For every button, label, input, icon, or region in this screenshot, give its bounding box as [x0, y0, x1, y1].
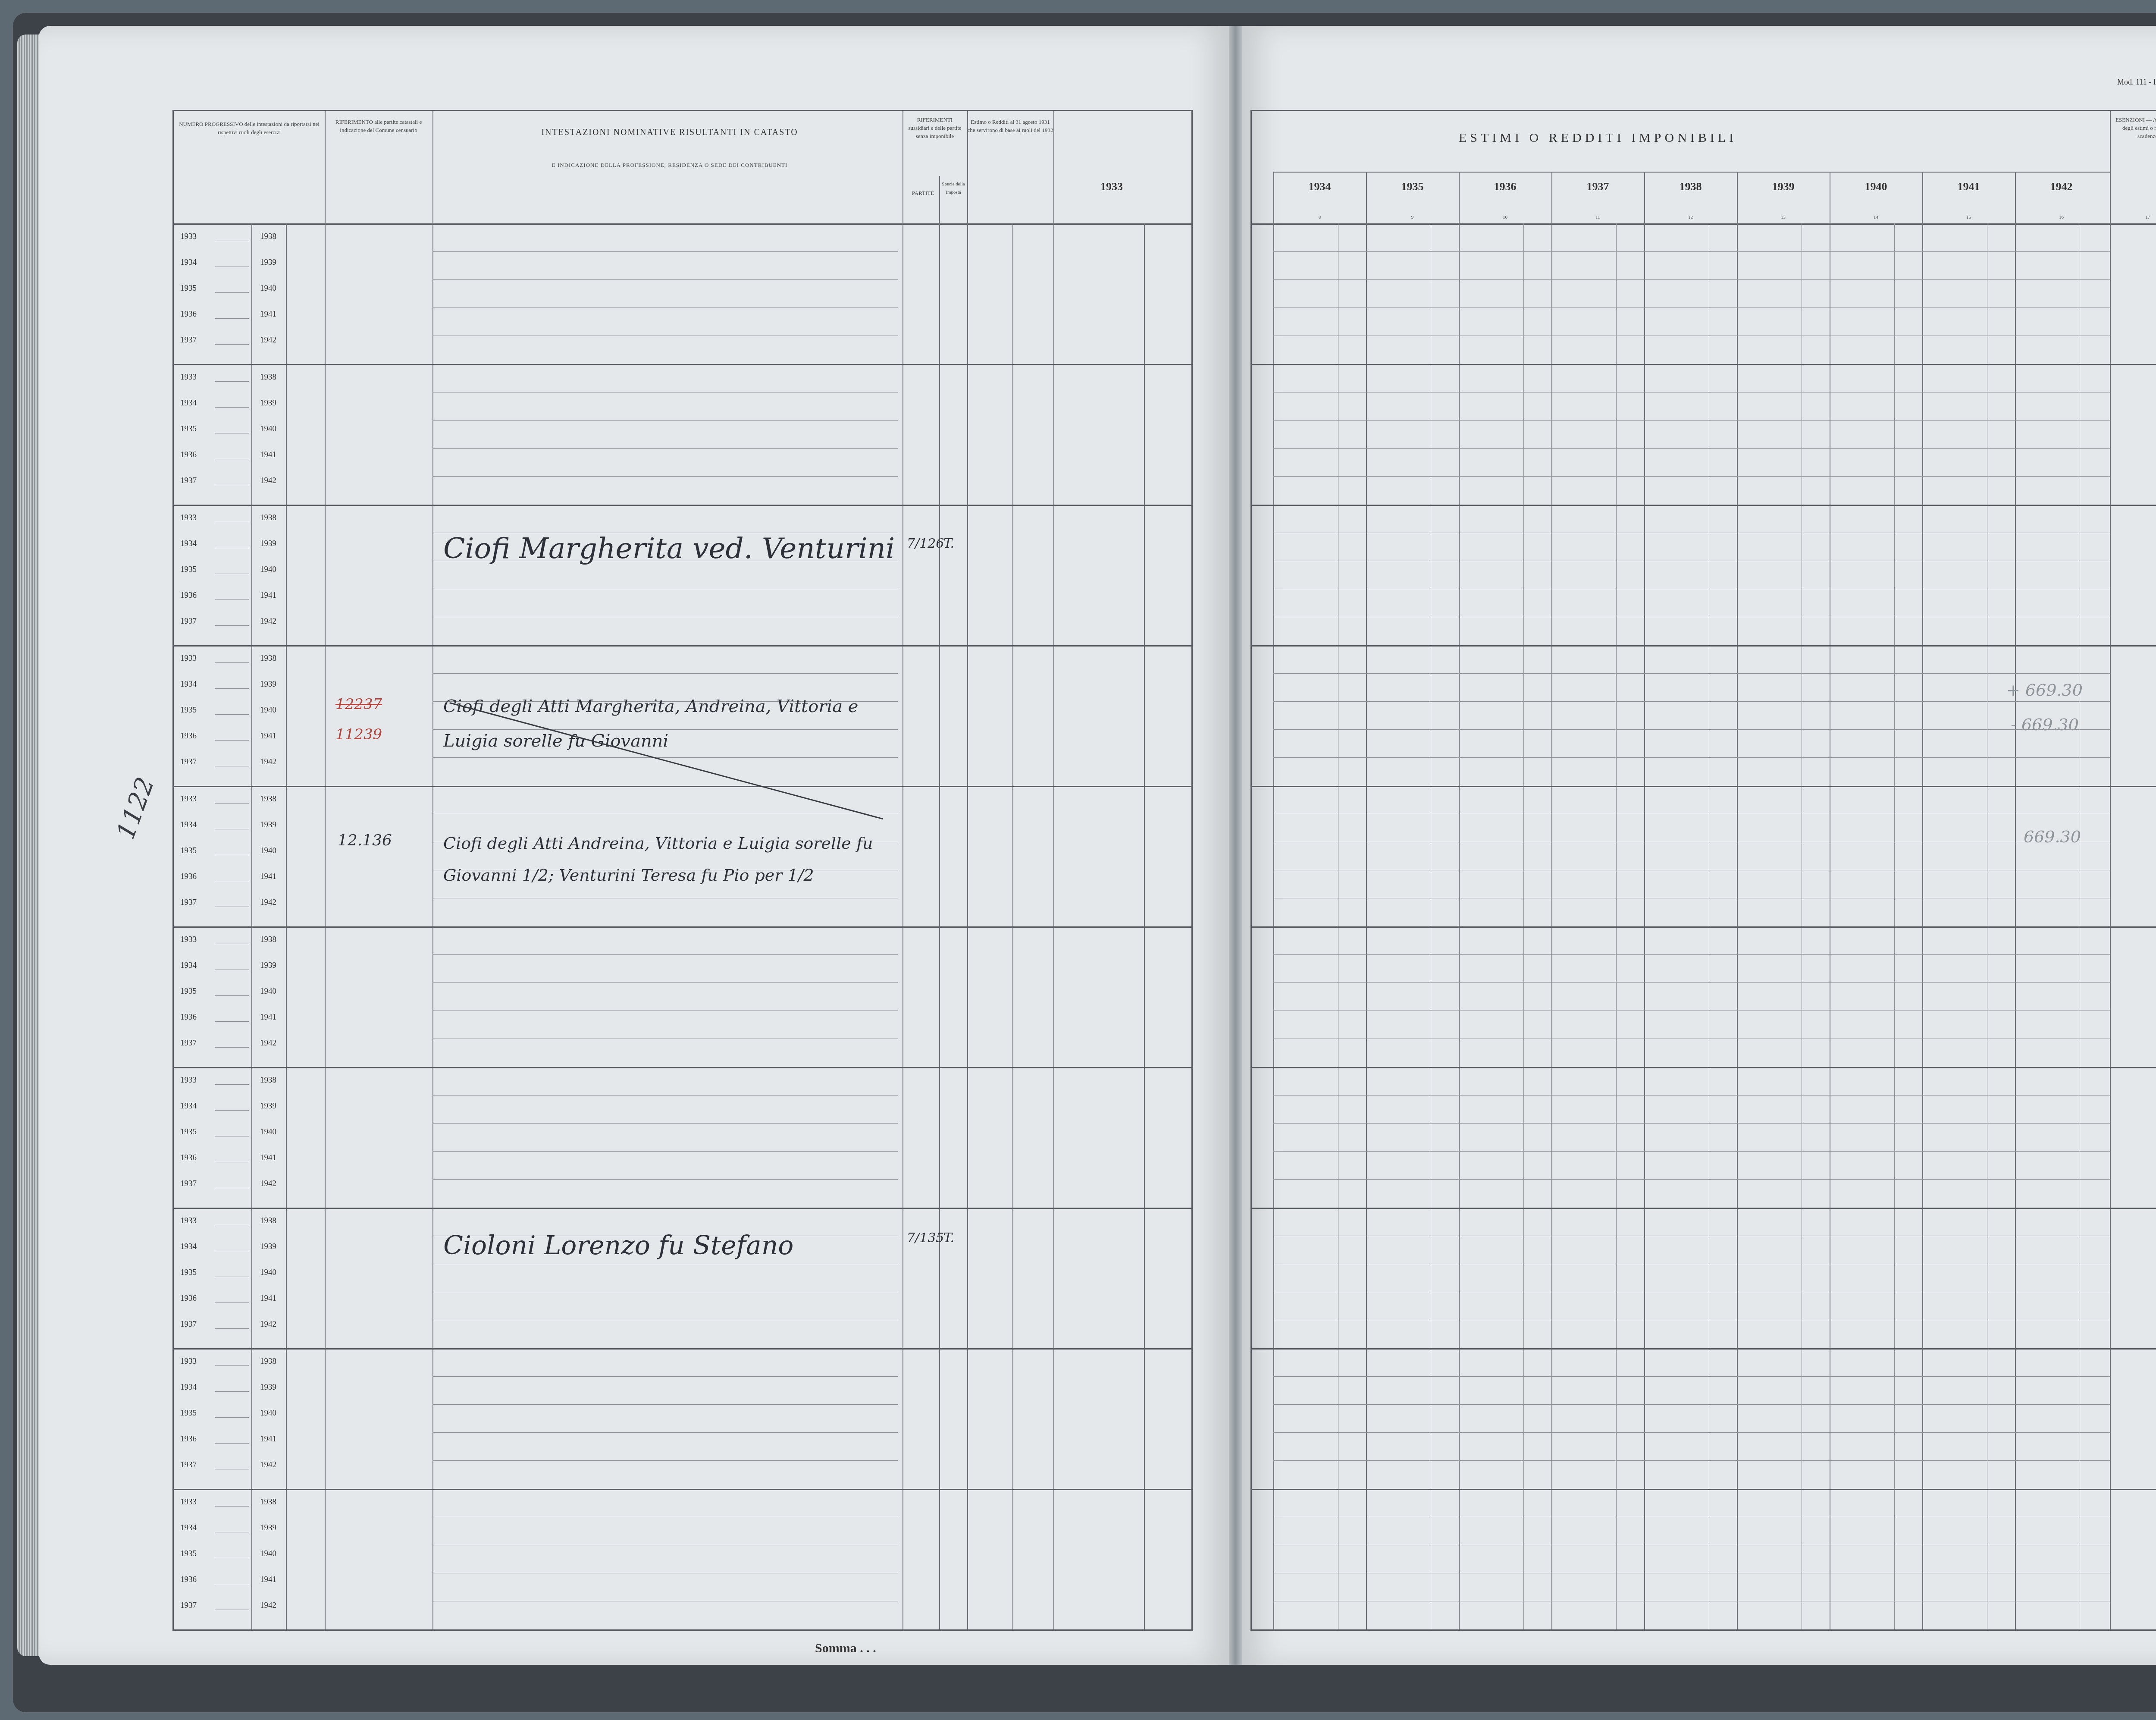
ruled-line: [432, 1095, 898, 1095]
ruled-line: [1273, 1039, 2110, 1039]
register-group: [1252, 364, 2156, 506]
year-label: 1933: [180, 373, 197, 382]
col-number: 9: [1366, 215, 1459, 220]
year-blank-line: [215, 995, 249, 996]
register-group: 1933193819341939193519401936194119371942: [174, 505, 1191, 647]
year-label: 1938: [260, 1497, 276, 1507]
year-label: 1941: [260, 1575, 276, 1585]
header-estimo-1931: Estimo o Redditi al 31 agosto 1931 che s…: [967, 118, 1053, 134]
year-label: 1934: [180, 820, 197, 830]
year-label: 1942: [260, 1601, 276, 1610]
register-group: 1933193819341939193519401936194119371942: [174, 1489, 1191, 1631]
register-group: 1933193819341939193519401936194119371942: [174, 1208, 1191, 1350]
year-label: 1941: [260, 731, 276, 741]
ruled-line: [432, 589, 898, 589]
year-blank-line: [215, 1047, 249, 1048]
register-group: [1252, 1348, 2156, 1490]
entry-specie-2: T.: [943, 1230, 954, 1246]
ruled-line: [1273, 954, 2110, 955]
year-label: 1933: [180, 794, 197, 804]
ruled-line: [432, 251, 898, 252]
ruled-line: [432, 1011, 898, 1011]
ruled-line: [432, 814, 898, 814]
year-header-1937: 1937: [1551, 180, 1644, 193]
year-label: 1937: [180, 617, 197, 626]
header-divider: [1273, 172, 2110, 173]
year-label: 1939: [260, 258, 276, 267]
year-label: 1937: [180, 1179, 197, 1189]
year-blank-line: [215, 1610, 249, 1610]
col-number: 13: [1737, 215, 1830, 220]
year-blank-line: [215, 1110, 249, 1111]
ruled-line: [1273, 842, 2110, 842]
ruled-line: [432, 420, 898, 421]
ruled-line: [432, 1545, 898, 1545]
year-label: 1934: [180, 961, 197, 970]
ruled-line: [432, 1573, 898, 1573]
ruled-line: [1273, 1236, 2110, 1236]
ruled-line: [1273, 1432, 2110, 1433]
year-label: 1939: [260, 399, 276, 408]
right-header: ESTIMI O REDDITI IMPONIBILI ESENZIONI — …: [1252, 111, 2156, 225]
ruled-line: [1273, 701, 2110, 702]
ruled-line: [1273, 982, 2110, 983]
year-label: 1935: [180, 1549, 197, 1559]
register-group: 1933193819341939193519401936194119371942: [174, 364, 1191, 506]
year-label: 1942: [260, 1320, 276, 1329]
register-group: 1933193819341939193519401936194119371942: [174, 223, 1191, 365]
ruled-line: [1273, 336, 2110, 336]
year-blank-line: [215, 803, 249, 804]
year-blank-line: [215, 267, 249, 267]
year-label: 1936: [180, 450, 197, 460]
year-header-1941: 1941: [1922, 180, 2015, 193]
book-spine: [1229, 26, 1242, 1665]
year-blank-line: [215, 1391, 249, 1392]
entry-ref-12136: 12.136: [338, 832, 392, 849]
year-label: 1938: [260, 935, 276, 945]
year-blank-line: [215, 1084, 249, 1085]
ruled-line: [432, 1179, 898, 1180]
ruled-line: [432, 954, 898, 955]
entry-specie-1: T.: [943, 536, 954, 551]
year-label: 1940: [260, 284, 276, 293]
ruled-line: [1273, 814, 2110, 814]
year-label: 1940: [260, 987, 276, 996]
year-blank-line: [215, 688, 249, 689]
header-riferimenti-sussidiari: RIFERIMENTI sussidiari e delle partite s…: [907, 116, 963, 140]
year-label: 1939: [260, 961, 276, 970]
year-label: 1939: [260, 1242, 276, 1252]
year-label: 1935: [180, 846, 197, 856]
register-group: 1933193819341939193519401936194119371942: [174, 1067, 1191, 1209]
entry-ref-struck: 12237: [335, 696, 382, 713]
year-header-1940: 1940: [1830, 180, 1922, 193]
year-label: 1937: [180, 1039, 197, 1048]
year-label: 1941: [260, 1294, 276, 1303]
year-label: 1940: [260, 1549, 276, 1559]
ruled-line: [432, 392, 898, 392]
register-group: [1252, 926, 2156, 1068]
year-label: 1934: [180, 258, 197, 267]
left-register-form: NUMERO PROGRESSIVO delle intestazioni da…: [172, 110, 1193, 1631]
ruled-line: [1273, 1151, 2110, 1152]
ruled-line: [1273, 1179, 2110, 1180]
year-label: 1935: [180, 424, 197, 434]
ruled-line: [1273, 1123, 2110, 1124]
year-label: 1939: [260, 1383, 276, 1392]
year-blank-line: [215, 1532, 249, 1532]
year-header-1939: 1939: [1737, 180, 1830, 193]
year-blank-line: [215, 970, 249, 970]
entry-cioloni-lorenzo: Cioloni Lorenzo fu Stefano: [443, 1230, 793, 1261]
ruled-line: [432, 1151, 898, 1152]
estimi-title: ESTIMI O REDDITI IMPONIBILI: [1459, 131, 1737, 145]
col-number: 15: [1922, 215, 2015, 220]
year-label: 1941: [260, 1013, 276, 1022]
left-page: 1122 NUMERO PROGRESSIVO delle intestazio…: [39, 26, 1229, 1665]
register-group: [1252, 505, 2156, 647]
year-label: 1934: [180, 399, 197, 408]
year-blank-line: [215, 292, 249, 293]
year-label: 1936: [180, 1294, 197, 1303]
year-label: 1934: [180, 1102, 197, 1111]
year-label: 1938: [260, 373, 276, 382]
year-label: 1934: [180, 1523, 197, 1533]
year-label: 1937: [180, 1320, 197, 1329]
ruled-line: [432, 673, 898, 674]
year-label: 1937: [180, 757, 197, 767]
year-label: 1933: [180, 1497, 197, 1507]
year-blank-line: [215, 944, 249, 944]
year-label: 1940: [260, 1127, 276, 1137]
year-header-1935: 1935: [1366, 180, 1459, 193]
col-number: 11: [1551, 215, 1644, 220]
ruled-line: [1273, 1011, 2110, 1011]
ruled-line: [1273, 251, 2110, 252]
col-number: 8: [1273, 215, 1366, 220]
ruled-line: [432, 898, 898, 898]
ruled-line: [1273, 1601, 2110, 1601]
year-blank-line: [215, 625, 249, 626]
year-label: 1939: [260, 1523, 276, 1533]
year-label: 1942: [260, 476, 276, 486]
year-label: 1935: [180, 565, 197, 574]
entry-669-30: 669.30: [2024, 827, 2081, 846]
year-blank-line: [215, 381, 249, 382]
year-label: 1935: [180, 284, 197, 293]
col-number: 10: [1459, 215, 1551, 220]
year-blank-line: [215, 829, 249, 829]
header-intestazioni-sub: E INDICAZIONE DELLA PROFESSIONE, RESIDEN…: [441, 161, 898, 169]
entry-partite-1: 7/126: [907, 536, 944, 551]
register-group: [1252, 1208, 2156, 1350]
year-blank-line: [215, 522, 249, 522]
year-label: 1936: [180, 872, 197, 882]
year-label: 1935: [180, 706, 197, 715]
ruled-line: [432, 1264, 898, 1264]
year-label: 1936: [180, 1153, 197, 1163]
ruled-line: [1273, 673, 2110, 674]
year-blank-line: [215, 1365, 249, 1366]
year-label: 1941: [260, 450, 276, 460]
register-group: 1933193819341939193519401936194119371942: [174, 1348, 1191, 1490]
ruled-line: [1273, 448, 2110, 449]
col-number: 16: [2015, 215, 2108, 220]
right-register-form: ESTIMI O REDDITI IMPONIBILI ESENZIONI — …: [1250, 110, 2156, 1631]
ruled-line: [1273, 1376, 2110, 1377]
year-blank-line: [215, 433, 249, 433]
year-label: 1936: [180, 591, 197, 600]
year-label: 1934: [180, 1383, 197, 1392]
year-label: 1938: [260, 1076, 276, 1085]
year-label: 1938: [260, 232, 276, 242]
year-label: 1938: [260, 513, 276, 523]
year-label: 1940: [260, 1409, 276, 1418]
year-blank-line: [215, 766, 249, 766]
year-blank-line: [215, 459, 249, 459]
year-blank-line: [215, 1021, 249, 1022]
register-group: [1252, 786, 2156, 928]
year-blank-line: [215, 1469, 249, 1469]
year-label: 1934: [180, 680, 197, 689]
ruled-line: [1273, 1095, 2110, 1095]
year-label: 1942: [260, 898, 276, 907]
year-header-1934: 1934: [1273, 180, 1366, 193]
year-blank-line: [215, 344, 249, 345]
ruled-line: [1273, 757, 2110, 758]
year-label: 1942: [260, 757, 276, 767]
ruled-line: [1273, 898, 2110, 898]
year-label: 1942: [260, 617, 276, 626]
year-blank-line: [215, 1584, 249, 1584]
year-blank-line: [215, 714, 249, 715]
ruled-line: [432, 1320, 898, 1320]
ruled-line: [1273, 308, 2110, 308]
year-label: 1935: [180, 1268, 197, 1277]
ruled-line: [432, 1460, 898, 1461]
year-label: 1934: [180, 539, 197, 549]
year-header-1938: 1938: [1644, 180, 1737, 193]
year-label: 1941: [260, 1434, 276, 1444]
year-label: 1939: [260, 820, 276, 830]
year-label: 1936: [180, 1013, 197, 1022]
year-blank-line: [215, 662, 249, 663]
ruled-line: [1273, 1545, 2110, 1545]
col-number: 12: [1644, 215, 1737, 220]
year-label: 1937: [180, 336, 197, 345]
year-label: 1933: [180, 1357, 197, 1366]
ruled-line: [432, 617, 898, 617]
year-blank-line: [215, 1506, 249, 1507]
year-label: 1937: [180, 1601, 197, 1610]
year-blank-line: [215, 548, 249, 548]
ruled-line: [1273, 729, 2110, 730]
ruled-line: [1273, 1320, 2110, 1320]
ruled-line: [432, 279, 898, 280]
year-label: 1938: [260, 654, 276, 663]
ruled-line: [432, 1432, 898, 1433]
ruled-line: [432, 1039, 898, 1039]
ruled-line: [1273, 279, 2110, 280]
year-blank-line: [215, 1303, 249, 1303]
year-label: 1938: [260, 1216, 276, 1226]
year-label: 1934: [180, 1242, 197, 1252]
year-label: 1940: [260, 565, 276, 574]
year-label: 1942: [260, 336, 276, 345]
year-label: 1938: [260, 1357, 276, 1366]
ruled-line: [1273, 1517, 2110, 1517]
entry-partite-2: 7/135: [907, 1230, 944, 1246]
year-header-1942: 1942: [2015, 180, 2108, 193]
entry-ref-corrected: 11239: [335, 726, 382, 743]
ruled-line: [1273, 1404, 2110, 1405]
year-blank-line: [215, 1443, 249, 1444]
year-label: 1933: [180, 935, 197, 945]
ruled-line: [1273, 533, 2110, 533]
year-blank-line: [215, 1162, 249, 1162]
year-label: 1935: [180, 987, 197, 996]
year-label: 1933: [180, 1216, 197, 1226]
register-group: [1252, 223, 2156, 365]
ruled-line: [432, 1376, 898, 1377]
year-label: 1933: [180, 232, 197, 242]
ruled-line: [432, 476, 898, 477]
year-blank-line: [215, 740, 249, 741]
ruled-line: [432, 1517, 898, 1517]
year-label: 1940: [260, 424, 276, 434]
year-header-1936: 1936: [1459, 180, 1551, 193]
year-blank-line: [215, 907, 249, 907]
year-blank-line: [215, 599, 249, 600]
header-intestazioni: INTESTAZIONI NOMINATIVE RISULTANTI IN CA…: [441, 129, 898, 137]
form-code: Mod. 111 - Imposte Dirette (Intercalare)…: [2117, 78, 2156, 87]
year-label: 1940: [260, 706, 276, 715]
header-1933: 1933: [1058, 182, 1166, 191]
entry-minus-669-30: - 669.30: [2011, 715, 2079, 734]
right-page: Mod. 111 - Imposte Dirette (Intercalare)…: [1242, 26, 2156, 1665]
year-blank-line: [215, 1328, 249, 1329]
entry-plus-669-30: + 669.30: [2006, 681, 2083, 700]
ruled-line: [1273, 589, 2110, 589]
year-label: 1936: [180, 1575, 197, 1585]
year-label: 1939: [260, 1102, 276, 1111]
year-label: 1938: [260, 794, 276, 804]
year-blank-line: [215, 574, 249, 574]
header-partite: PARTITE: [907, 189, 939, 197]
ruled-line: [1273, 420, 2110, 421]
year-label: 1936: [180, 731, 197, 741]
header-specie: Specie della Imposta: [940, 180, 966, 197]
left-header: NUMERO PROGRESSIVO delle intestazioni da…: [174, 111, 1191, 225]
ruled-line: [432, 1123, 898, 1124]
ruled-line: [432, 1601, 898, 1601]
header-esenzioni: ESENZIONI — Ammontare degli estimi o red…: [2112, 116, 2156, 140]
year-label: 1937: [180, 476, 197, 486]
col-number: 14: [1830, 215, 1922, 220]
year-blank-line: [215, 1188, 249, 1188]
header-numero-progressivo: NUMERO PROGRESSIVO delle intestazioni da…: [178, 120, 320, 136]
year-label: 1941: [260, 591, 276, 600]
year-blank-line: [215, 1225, 249, 1225]
year-blank-line: [215, 1277, 249, 1277]
year-label: 1939: [260, 539, 276, 549]
margin-note: 1122: [111, 773, 160, 843]
year-label: 1933: [180, 513, 197, 523]
year-blank-line: [215, 855, 249, 855]
year-blank-line: [215, 407, 249, 408]
year-label: 1933: [180, 654, 197, 663]
entry-ciofi-margherita: Ciofi Margherita ved. Venturini: [443, 532, 895, 565]
year-label: 1942: [260, 1460, 276, 1470]
ruled-line: [432, 1292, 898, 1292]
year-label: 1941: [260, 872, 276, 882]
entry-ciofi-degli-atti: Ciofi degli Atti Andreina, Vittoria e Lu…: [443, 827, 900, 891]
year-label: 1936: [180, 1434, 197, 1444]
year-label: 1937: [180, 1460, 197, 1470]
register-group: [1252, 1067, 2156, 1209]
ruled-line: [432, 982, 898, 983]
year-label: 1940: [260, 1268, 276, 1277]
year-label: 1941: [260, 1153, 276, 1163]
ruled-line: [1273, 1573, 2110, 1573]
somma-label: Somma . . .: [815, 1641, 876, 1656]
year-blank-line: [215, 1558, 249, 1558]
year-blank-line: [215, 1417, 249, 1418]
ruled-line: [1273, 617, 2110, 617]
register-group: [1252, 1489, 2156, 1631]
ruled-line: [432, 448, 898, 449]
year-blank-line: [215, 881, 249, 881]
year-blank-line: [215, 241, 249, 241]
year-label: 1935: [180, 1127, 197, 1137]
ruled-line: [1273, 476, 2110, 477]
entry-ciofi-degli-atti-struck: Ciofi degli Atti Margherita, Andreina, V…: [443, 689, 900, 758]
ruled-line: [432, 1404, 898, 1405]
year-blank-line: [215, 485, 249, 485]
register-group: 1933193819341939193519401936194119371942: [174, 926, 1191, 1068]
year-blank-line: [215, 1136, 249, 1136]
year-label: 1935: [180, 1409, 197, 1418]
year-label: 1942: [260, 1179, 276, 1189]
col-number-17: 17: [2112, 215, 2156, 220]
year-label: 1936: [180, 310, 197, 319]
ruled-line: [1273, 392, 2110, 392]
ruled-line: [1273, 1292, 2110, 1292]
year-label: 1939: [260, 680, 276, 689]
ruled-line: [432, 308, 898, 308]
year-label: 1933: [180, 1076, 197, 1085]
year-blank-line: [215, 1251, 249, 1251]
ruled-line: [432, 336, 898, 336]
ruled-line: [1273, 1460, 2110, 1461]
year-blank-line: [215, 318, 249, 319]
year-label: 1940: [260, 846, 276, 856]
ruled-line: [1273, 1264, 2110, 1264]
ruled-line: [1273, 870, 2110, 870]
ruled-line: [1273, 561, 2110, 561]
header-riferimento: RIFERIMENTO alle partite catastali e ind…: [329, 118, 428, 134]
year-label: 1941: [260, 310, 276, 319]
year-label: 1937: [180, 898, 197, 907]
year-label: 1942: [260, 1039, 276, 1048]
